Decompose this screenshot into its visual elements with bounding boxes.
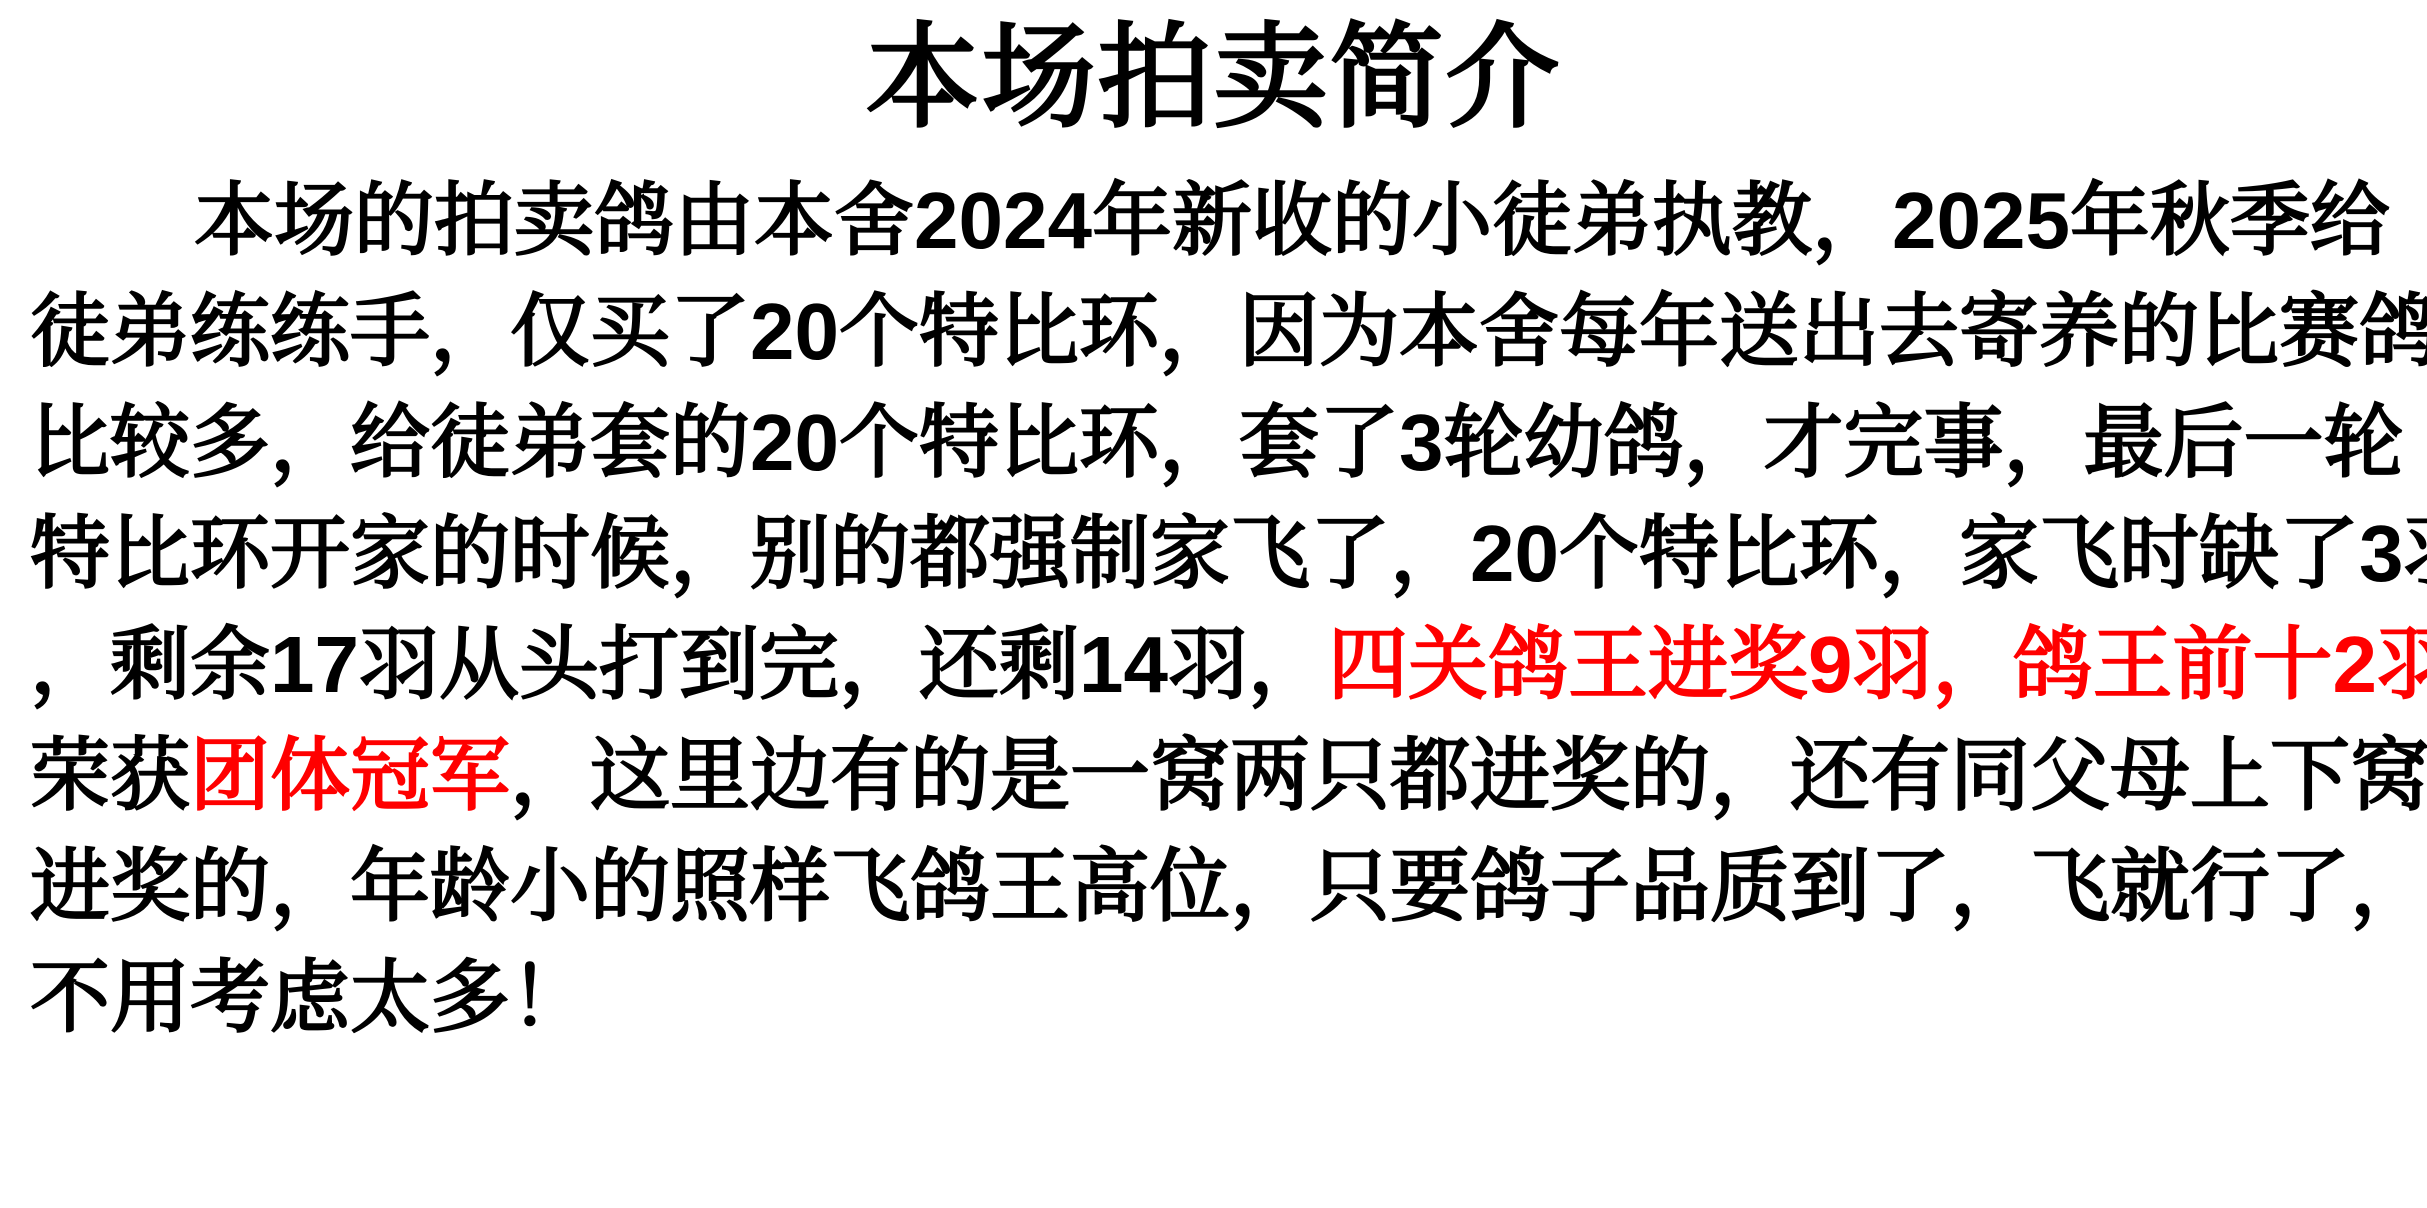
line-6-text-black-2: ，这里边有的是一窝两只都进奖的，还有同父母上下窝 bbox=[510, 731, 2427, 820]
paragraph-line-5: ，剩余17羽从头打到完，还剩14羽，四关鸽王进奖9羽，鸽王前十2羽， bbox=[30, 609, 2399, 720]
line-7-text: 进奖的，年龄小的照样飞鸽王高位，只要鸽子品质到了，飞就行了， bbox=[30, 842, 2427, 931]
paragraph-line-8: 不用考虑太多！ bbox=[30, 942, 2399, 1053]
paragraph-line-2: 徒弟练练手，仅买了20个特比环，因为本舍每年送出去寄养的比赛鸽 bbox=[30, 276, 2399, 387]
paragraph-line-6: 荣获团体冠军，这里边有的是一窝两只都进奖的，还有同父母上下窝 bbox=[30, 720, 2399, 831]
line-6-text-red-highlight: 团体冠军 bbox=[190, 731, 510, 820]
page-title: 本场拍卖简介 bbox=[0, 8, 2427, 151]
line-1-text: 本场的拍卖鸽由本舍2024年新收的小徒弟执教，2025年秋季给 bbox=[194, 176, 2390, 265]
line-4-text: 特比环开家的时候，别的都强制家飞了，20个特比环，家飞时缺了3羽 bbox=[30, 509, 2427, 598]
line-5-text-red-highlight: 四关鸽王进奖9羽，鸽王前十2羽 bbox=[1328, 620, 2427, 709]
paragraph-line-3: 比较多，给徒弟套的20个特比环，套了3轮幼鸽，才完事，最后一轮 bbox=[30, 387, 2399, 498]
line-8-text: 不用考虑太多！ bbox=[30, 953, 590, 1042]
line-2-text: 徒弟练练手，仅买了20个特比环，因为本舍每年送出去寄养的比赛鸽 bbox=[30, 287, 2427, 376]
paragraph-line-1: 本场的拍卖鸽由本舍2024年新收的小徒弟执教，2025年秋季给 bbox=[30, 165, 2399, 276]
paragraph-line-7: 进奖的，年龄小的照样飞鸽王高位，只要鸽子品质到了，飞就行了， bbox=[30, 831, 2399, 942]
line-5-text-black-1: ，剩余17羽从头打到完，还剩14羽， bbox=[30, 620, 1328, 709]
page: 本场拍卖简介 本场的拍卖鸽由本舍2024年新收的小徒弟执教，2025年秋季给 徒… bbox=[0, 0, 2427, 1208]
paragraph-line-4: 特比环开家的时候，别的都强制家飞了，20个特比环，家飞时缺了3羽 bbox=[30, 498, 2399, 609]
line-6-text-black-1: 荣获 bbox=[30, 731, 190, 820]
intro-paragraph: 本场的拍卖鸽由本舍2024年新收的小徒弟执教，2025年秋季给 徒弟练练手，仅买… bbox=[30, 165, 2399, 1053]
line-3-text: 比较多，给徒弟套的20个特比环，套了3轮幼鸽，才完事，最后一轮 bbox=[30, 398, 2403, 487]
